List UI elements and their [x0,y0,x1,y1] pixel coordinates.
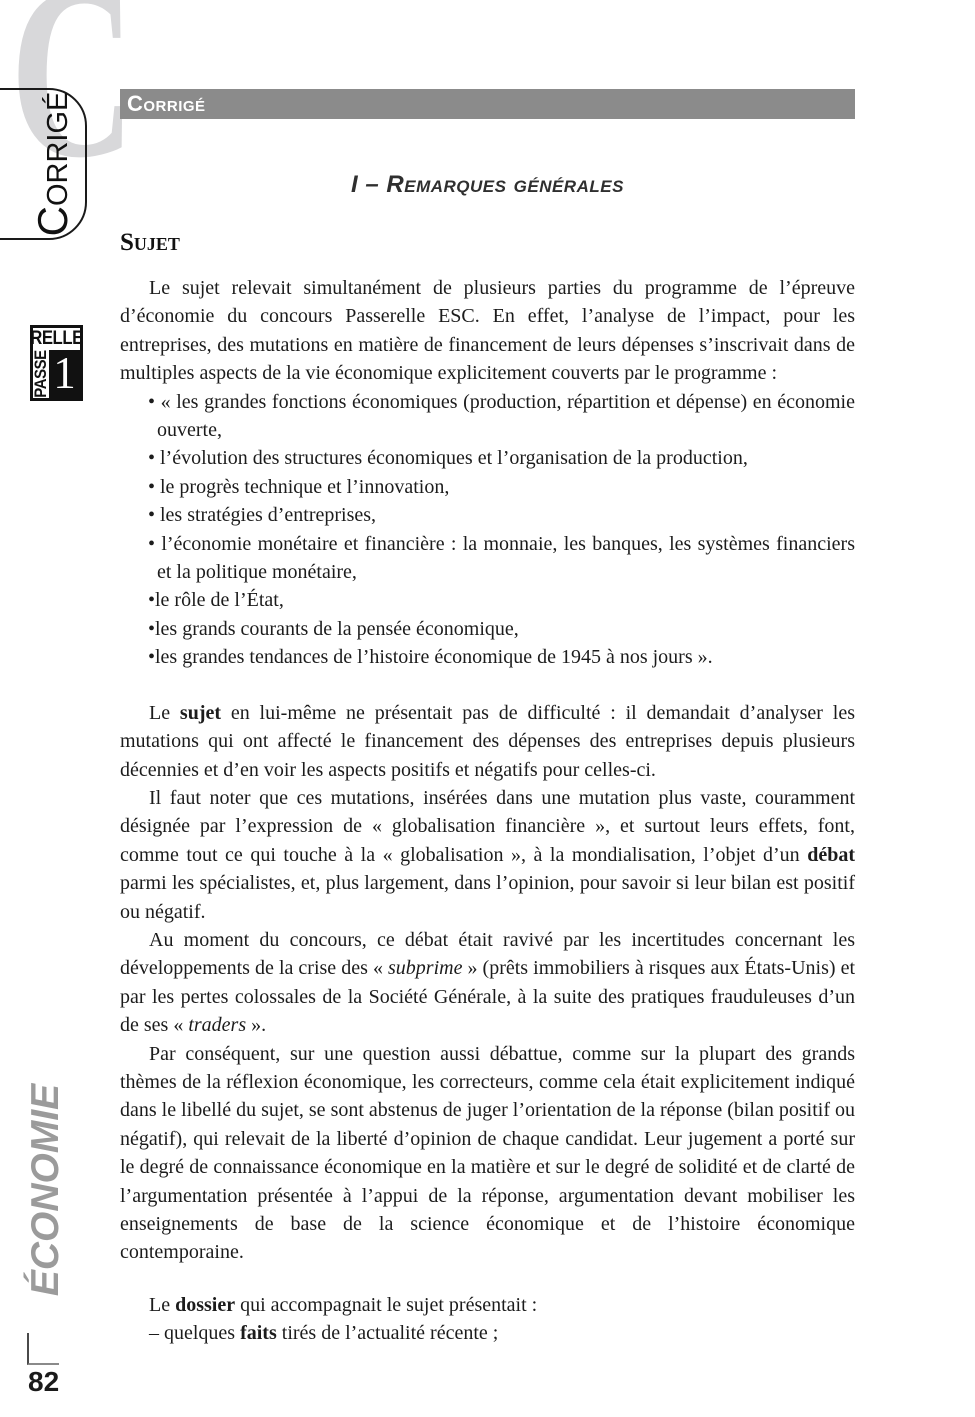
passerelle-badge-bottom: PASSE 1 [33,350,80,398]
paragraph-6: Le dossier qui accompagnait le sujet pré… [120,1291,855,1319]
section-heading: Sujet [120,229,855,257]
bullet-list: • « les grandes fonctions économiques (p… [120,388,855,672]
list-item: • l’économie monétaire et financière : l… [120,530,855,587]
passerelle-badge-number: 1 [49,350,80,398]
page-number: 82 [28,1366,59,1398]
article-body: Le sujet relevait simultanément de plusi… [120,274,855,1348]
passerelle-badge: RELLE PASSE 1 [30,325,83,401]
passerelle-badge-side-text: PASSE [33,350,49,398]
section-header-bar: Corrigé [120,89,855,119]
page-content: Corrigé I – Remarques générales Sujet Le… [120,0,855,1348]
passerelle-badge-side-label: PASSE [31,350,51,397]
paragraph-7: – quelques faits tirés de l’actualité ré… [120,1319,855,1347]
list-item: • les stratégies d’entreprises, [120,501,855,529]
list-item: •les grandes tendances de l’histoire éco… [120,643,855,671]
chapter-title: I – Remarques générales [120,171,855,199]
paragraph-2: Le sujet en lui-même ne présentait pas d… [120,699,855,784]
list-item: • « les grandes fonctions économiques (p… [120,388,855,445]
paragraph-3: Il faut noter que ces mutations, insérée… [120,784,855,926]
section-header-label: Corrigé [127,91,206,117]
list-item: • le progrès technique et l’innovation, [120,473,855,501]
category-label: ÉCONOMIE [23,1090,69,1290]
list-item: •les grands courants de la pensée économ… [120,615,855,643]
corrige-tab-label: Corrigé [27,94,79,234]
list-item: • l’évolution des structures économiques… [120,444,855,472]
paragraph-1: Le sujet relevait simultanément de plusi… [120,274,855,388]
paragraph-5: Par conséquent, sur une question aussi d… [120,1040,855,1267]
list-item: •le rôle de l’État, [120,586,855,614]
footer-corner-mark [27,1333,59,1365]
paragraph-4: Au moment du concours, ce débat était ra… [120,926,855,1040]
passerelle-badge-top-text: RELLE [36,328,77,350]
